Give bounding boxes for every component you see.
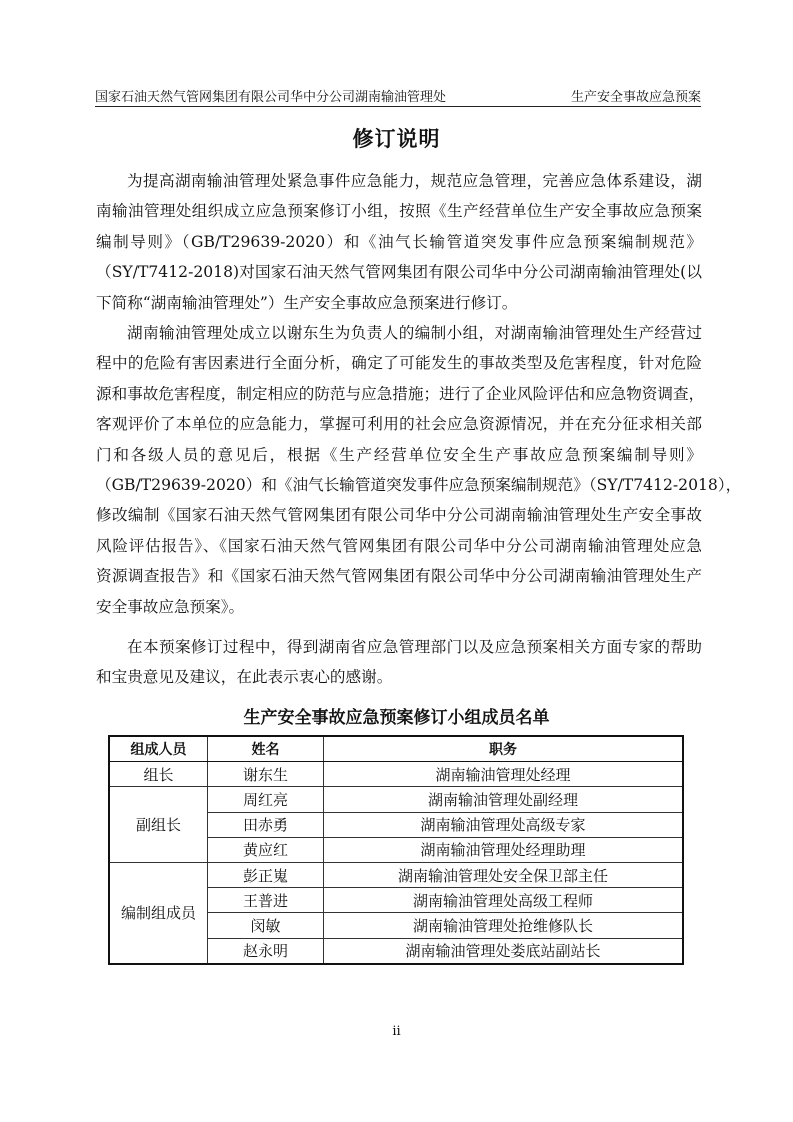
position-cell: 湖南输油管理处经理: [324, 762, 684, 787]
text-line: 安全事故应急预案》。: [96, 592, 702, 622]
text-line: 下简称“湖南输油管理处”）生产安全事故应急预案进行修订。: [96, 288, 702, 318]
text-line: 源和事故危害程度，制定相应的防范与应急措施；进行了企业风险评估和应急物资调查，: [96, 379, 702, 409]
paragraph-1: 为提高湖南输油管理处紧急事件应急能力，规范应急管理，完善应急体系建设，湖 南输油…: [96, 166, 702, 318]
table-title: 生产安全事故应急预案修订小组成员名单: [0, 703, 793, 728]
members-table: 组成人员 姓名 职务 组长 谢东生 湖南输油管理处经理 副组长 周红亮 湖南输油…: [108, 735, 684, 965]
text-line: 资源调查报告》和《国家石油天然气管网集团有限公司华中分公司湖南输油管理处生产: [96, 561, 702, 591]
role-cell: 编制组成员: [109, 862, 208, 963]
name-cell: 谢东生: [208, 762, 324, 787]
table-row: 编制组成员 彭正嵬 湖南输油管理处安全保卫部主任: [109, 862, 683, 887]
text-line: 程中的危险有害因素进行全面分析，确定了可能发生的事故类型及危害程度，针对危险: [96, 348, 702, 378]
text-line: （GB/T29639-2020）和《油气长输管道突发事件应急预案编制规范》（SY…: [96, 470, 702, 500]
page-title: 修订说明: [0, 123, 793, 153]
role-cell: 组长: [109, 762, 208, 787]
name-cell: 彭正嵬: [208, 862, 324, 887]
name-cell: 周红亮: [208, 787, 324, 812]
header-doc-name: 生产安全事故应急预案: [571, 86, 701, 105]
text-line: 修改编制《国家石油天然气管网集团有限公司华中分公司湖南输油管理处生产安全事故: [96, 500, 702, 530]
column-header: 职务: [324, 736, 684, 762]
position-cell: 湖南输油管理处高级专家: [324, 812, 684, 837]
text-line: 客观评价了本单位的应急能力，掌握可利用的社会应急资源情况，并在充分征求相关部: [96, 409, 702, 439]
text-line: 南输油管理处组织成立应急预案修订小组，按照《生产经营单位生产安全事故应急预案: [96, 196, 702, 226]
role-cell: 副组长: [109, 787, 208, 863]
text-line: （SY/T7412-2018)对国家石油天然气管网集团有限公司华中分公司湖南输油…: [96, 257, 702, 287]
text-line: 编制导则》（GB/T29639-2020）和《油气长输管道突发事件应急预案编制规…: [96, 227, 702, 257]
paragraph-2: 湖南输油管理处成立以谢东生为负责人的编制小组，对湖南输油管理处生产经营过 程中的…: [96, 318, 702, 622]
text-line: 湖南输油管理处成立以谢东生为负责人的编制小组，对湖南输油管理处生产经营过: [96, 318, 702, 348]
name-cell: 赵永明: [208, 938, 324, 964]
column-header: 组成人员: [109, 736, 208, 762]
text-line: 在本预案修订过程中，得到湖南省应急管理部门以及应急预案相关方面专家的帮助: [96, 632, 702, 662]
text-line: 为提高湖南输油管理处紧急事件应急能力，规范应急管理，完善应急体系建设，湖: [96, 166, 702, 196]
name-cell: 黄应红: [208, 837, 324, 862]
header-org-name: 国家石油天然气管网集团有限公司华中分公司湖南输油管理处: [95, 86, 446, 105]
name-cell: 闵敏: [208, 913, 324, 938]
position-cell: 湖南输油管理处副经理: [324, 787, 684, 812]
text-line: 风险评估报告》、《国家石油天然气管网集团有限公司华中分公司湖南输油管理处应急: [96, 531, 702, 561]
name-cell: 王普进: [208, 888, 324, 913]
table-header-row: 组成人员 姓名 职务: [109, 736, 683, 762]
table-row: 副组长 周红亮 湖南输油管理处副经理: [109, 787, 683, 812]
column-header: 姓名: [208, 736, 324, 762]
position-cell: 湖南输油管理处抢维修队长: [324, 913, 684, 938]
text-line: 门和各级人员的意见后，根据《生产经营单位安全生产事故应急预案编制导则》: [96, 440, 702, 470]
position-cell: 湖南输油管理处经理助理: [324, 837, 684, 862]
table-row: 组长 谢东生 湖南输油管理处经理: [109, 762, 683, 787]
position-cell: 湖南输油管理处安全保卫部主任: [324, 862, 684, 887]
page-header: 国家石油天然气管网集团有限公司华中分公司湖南输油管理处 生产安全事故应急预案: [95, 84, 701, 107]
page-number: ii: [0, 1024, 793, 1039]
position-cell: 湖南输油管理处高级工程师: [324, 888, 684, 913]
name-cell: 田赤勇: [208, 812, 324, 837]
text-line: 和宝贵意见及建议，在此表示衷心的感谢。: [96, 662, 702, 692]
paragraph-3: 在本预案修订过程中，得到湖南省应急管理部门以及应急预案相关方面专家的帮助 和宝贵…: [96, 632, 702, 693]
position-cell: 湖南输油管理处娄底站副站长: [324, 938, 684, 964]
